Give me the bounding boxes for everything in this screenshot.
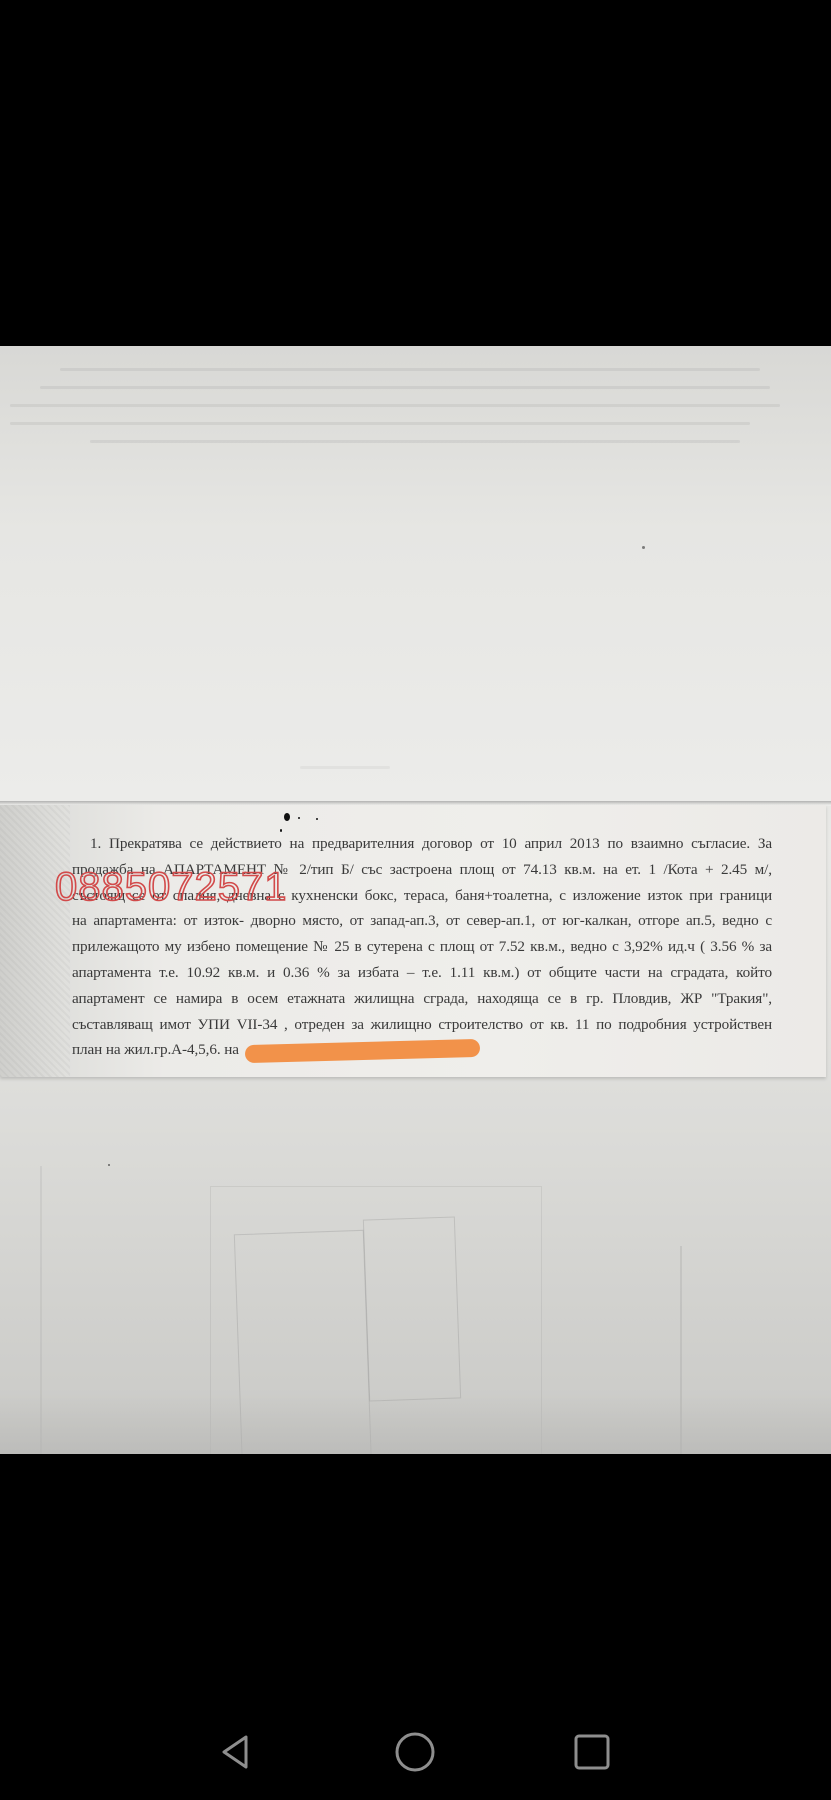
- photocopy-noise: [0, 805, 70, 1077]
- back-button[interactable]: [214, 1730, 258, 1774]
- faint-floorplan-room: [363, 1216, 461, 1401]
- paragraph-line: апартамент се намира в осем етажната жил…: [72, 986, 772, 1012]
- phone-watermark: 0885072571: [55, 867, 287, 907]
- ink-speck: [284, 813, 290, 821]
- paragraph-line: прилежащото му избено помещение № 25 в с…: [72, 934, 772, 960]
- speck: [642, 546, 645, 549]
- speck: [108, 1164, 110, 1166]
- home-button[interactable]: [393, 1730, 437, 1774]
- back-triangle-icon: [216, 1732, 256, 1772]
- document-photo[interactable]: 1. Прекратява се действието на предварит…: [0, 346, 831, 1454]
- paragraph-line: съставляващ имот УПИ VII-34 , отреден за…: [72, 1012, 772, 1038]
- upper-sheet: [0, 346, 831, 806]
- bleed-through-text: [60, 368, 760, 371]
- ink-speck: [298, 817, 300, 819]
- paragraph-line: план на жил.гр.А-4,5,6. на: [72, 1041, 239, 1058]
- home-circle-icon: [393, 1730, 437, 1774]
- paragraph-line: 1. Прекратява се действието на предварит…: [72, 831, 772, 857]
- bleed-through-text: [90, 440, 740, 443]
- bleed-through-text: [300, 766, 390, 769]
- bottom-shade: [0, 1394, 831, 1454]
- paragraph-line: апартамента т.е. 10.92 кв.м. и 0.36 % за…: [72, 960, 772, 986]
- bleed-through-text: [10, 422, 750, 425]
- bleed-through-text: [40, 386, 770, 389]
- recents-button[interactable]: [570, 1730, 614, 1774]
- paragraph-line: на апартамента: от изток- дворно място, …: [72, 908, 772, 934]
- system-nav-bar: [0, 1700, 831, 1800]
- ink-speck: [316, 818, 318, 820]
- redaction-mark: [245, 1039, 480, 1063]
- recents-square-icon: [572, 1732, 612, 1772]
- bleed-through-text: [10, 404, 780, 407]
- paragraph-line-last: план на жил.гр.А-4,5,6. на: [72, 1037, 772, 1063]
- photo-viewer: 1. Прекратява се действието на предварит…: [0, 0, 831, 1800]
- printed-paragraph-strip: 1. Прекратява се действието на предварит…: [0, 805, 826, 1077]
